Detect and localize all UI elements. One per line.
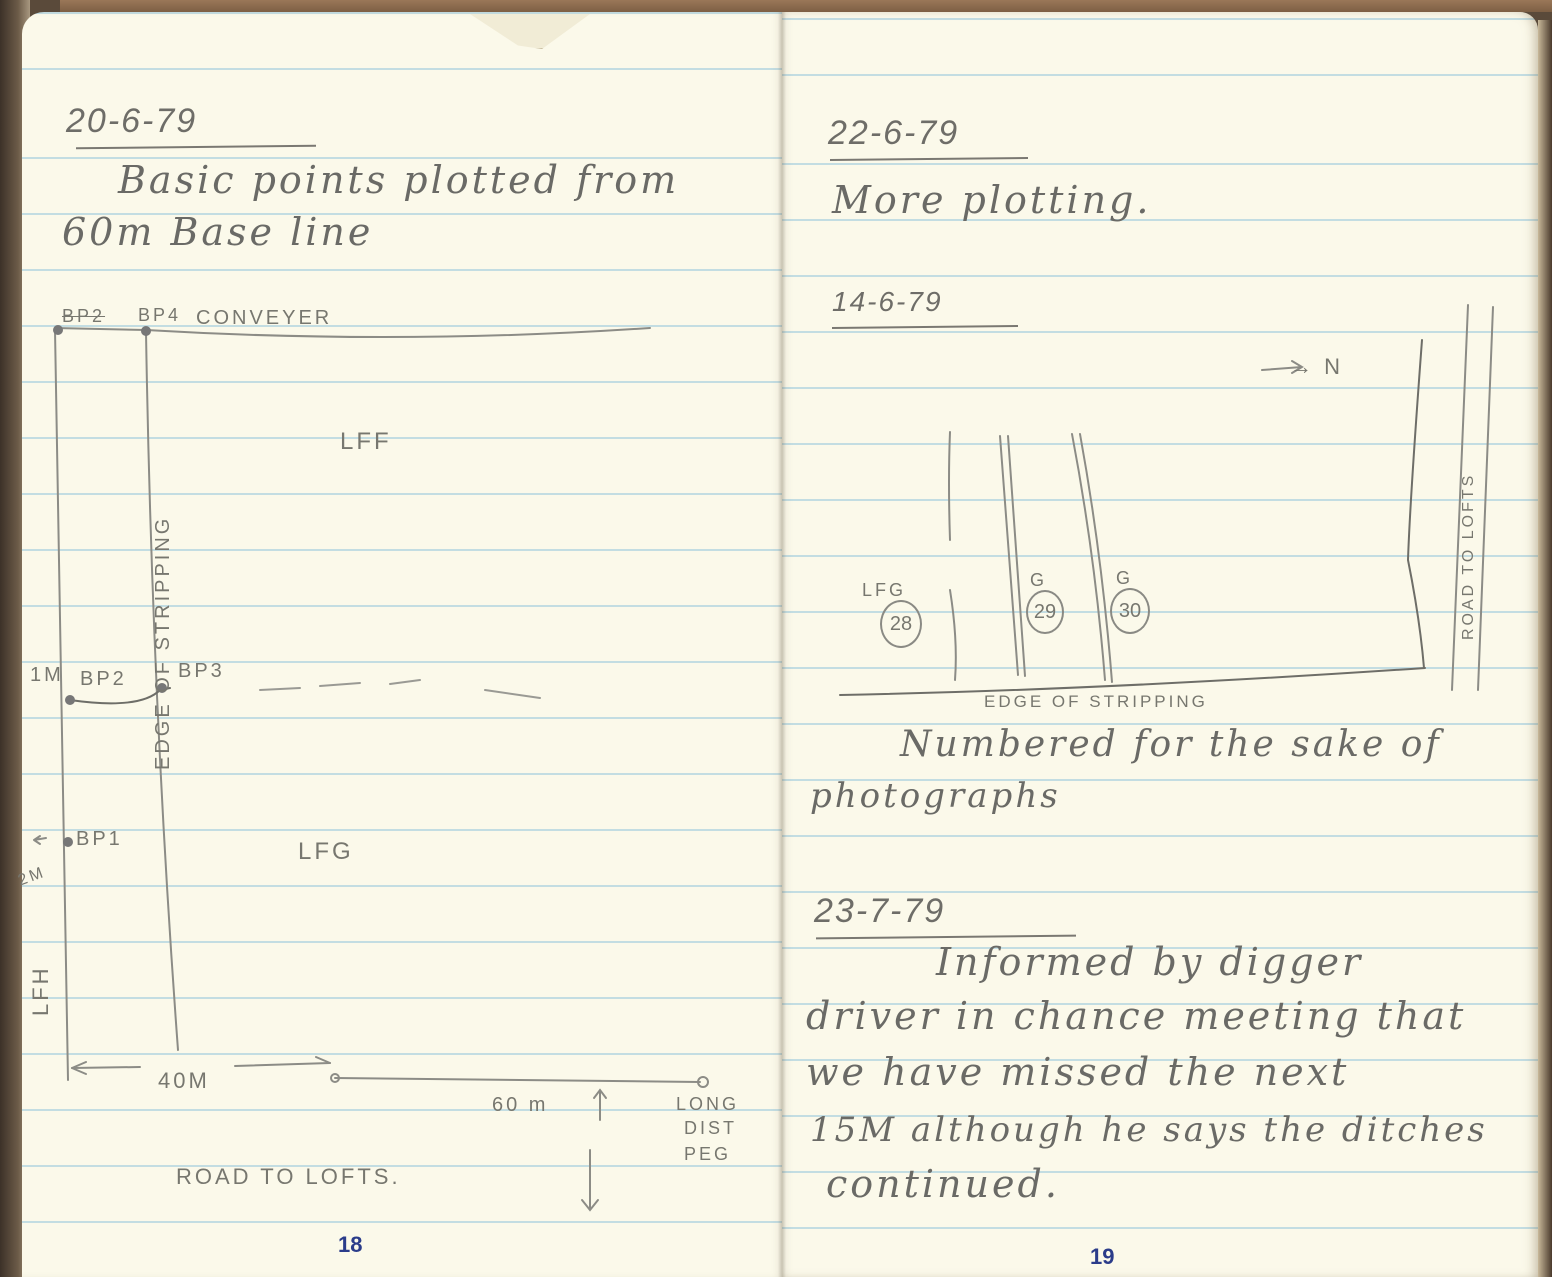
feature-number-28: 28 (880, 600, 922, 648)
entry-text-line: driver in chance meeting that (806, 994, 1466, 1038)
entry-date: 22-6-79 (828, 114, 959, 153)
conveyer-label: CONVEYER (196, 307, 332, 330)
crossed-out-label: BP2 (62, 306, 105, 327)
entry-date: 23-7-79 (814, 892, 945, 931)
entry-text-line: Informed by digger (936, 940, 1363, 984)
bp3-label: BP3 (178, 660, 225, 683)
edge-of-stripping-label: EDGE OF STRIPPING (152, 516, 175, 770)
lfg-label: LFG (298, 838, 354, 866)
entry-text-line: Numbered for the sake of (900, 724, 1442, 765)
long-dist-peg-label: LONG (676, 1094, 739, 1115)
entry-date: 20-6-79 (66, 102, 197, 141)
notebook-cover-right (1538, 20, 1552, 1277)
g-label: G (1030, 570, 1047, 591)
long-dist-peg-label: PEG (684, 1144, 731, 1165)
entry-text-line: 15M although he says the ditches (810, 1110, 1488, 1150)
bp4-label: BP4 (138, 305, 181, 326)
entry-text-line: continued. (826, 1162, 1060, 1206)
one-m-label: 1M (30, 664, 64, 687)
bp2-label: BP2 (80, 668, 127, 691)
feature-number-30: 30 (1110, 588, 1150, 634)
road-to-lofts-label: ROAD TO LOFTS. (176, 1164, 401, 1190)
edge-of-stripping-label: EDGE OF STRIPPING (984, 692, 1208, 712)
entry-text-line: we have missed the next (806, 1050, 1349, 1094)
lff-label: LFF (340, 428, 392, 456)
g-label: G (1116, 568, 1133, 589)
entry-text-line: 60m Base line (62, 210, 373, 254)
entry-text-line: photographs (810, 776, 1061, 816)
north-label: → N (1290, 354, 1343, 380)
feature-number-29: 29 (1026, 590, 1064, 634)
page-number: 19 (1090, 1244, 1114, 1270)
bp1-label: BP1 (76, 828, 123, 851)
sixty-m-label: 60 m (492, 1094, 548, 1117)
long-dist-peg-label: DIST (684, 1118, 737, 1139)
entry-text-line: Basic points plotted from (118, 158, 679, 202)
entry-date: 14-6-79 (832, 286, 943, 318)
lfh-label: LFH (28, 965, 54, 1016)
road-to-lofts-label: ROAD TO LOFTS (1460, 473, 1478, 640)
lfg-label: LFG (862, 580, 906, 601)
page-gutter (778, 12, 786, 1277)
forty-m-label: 40M (158, 1068, 210, 1094)
notebook-cover-top (60, 0, 1552, 12)
page-number: 18 (338, 1232, 362, 1258)
entry-text-line: More plotting. (832, 178, 1151, 222)
